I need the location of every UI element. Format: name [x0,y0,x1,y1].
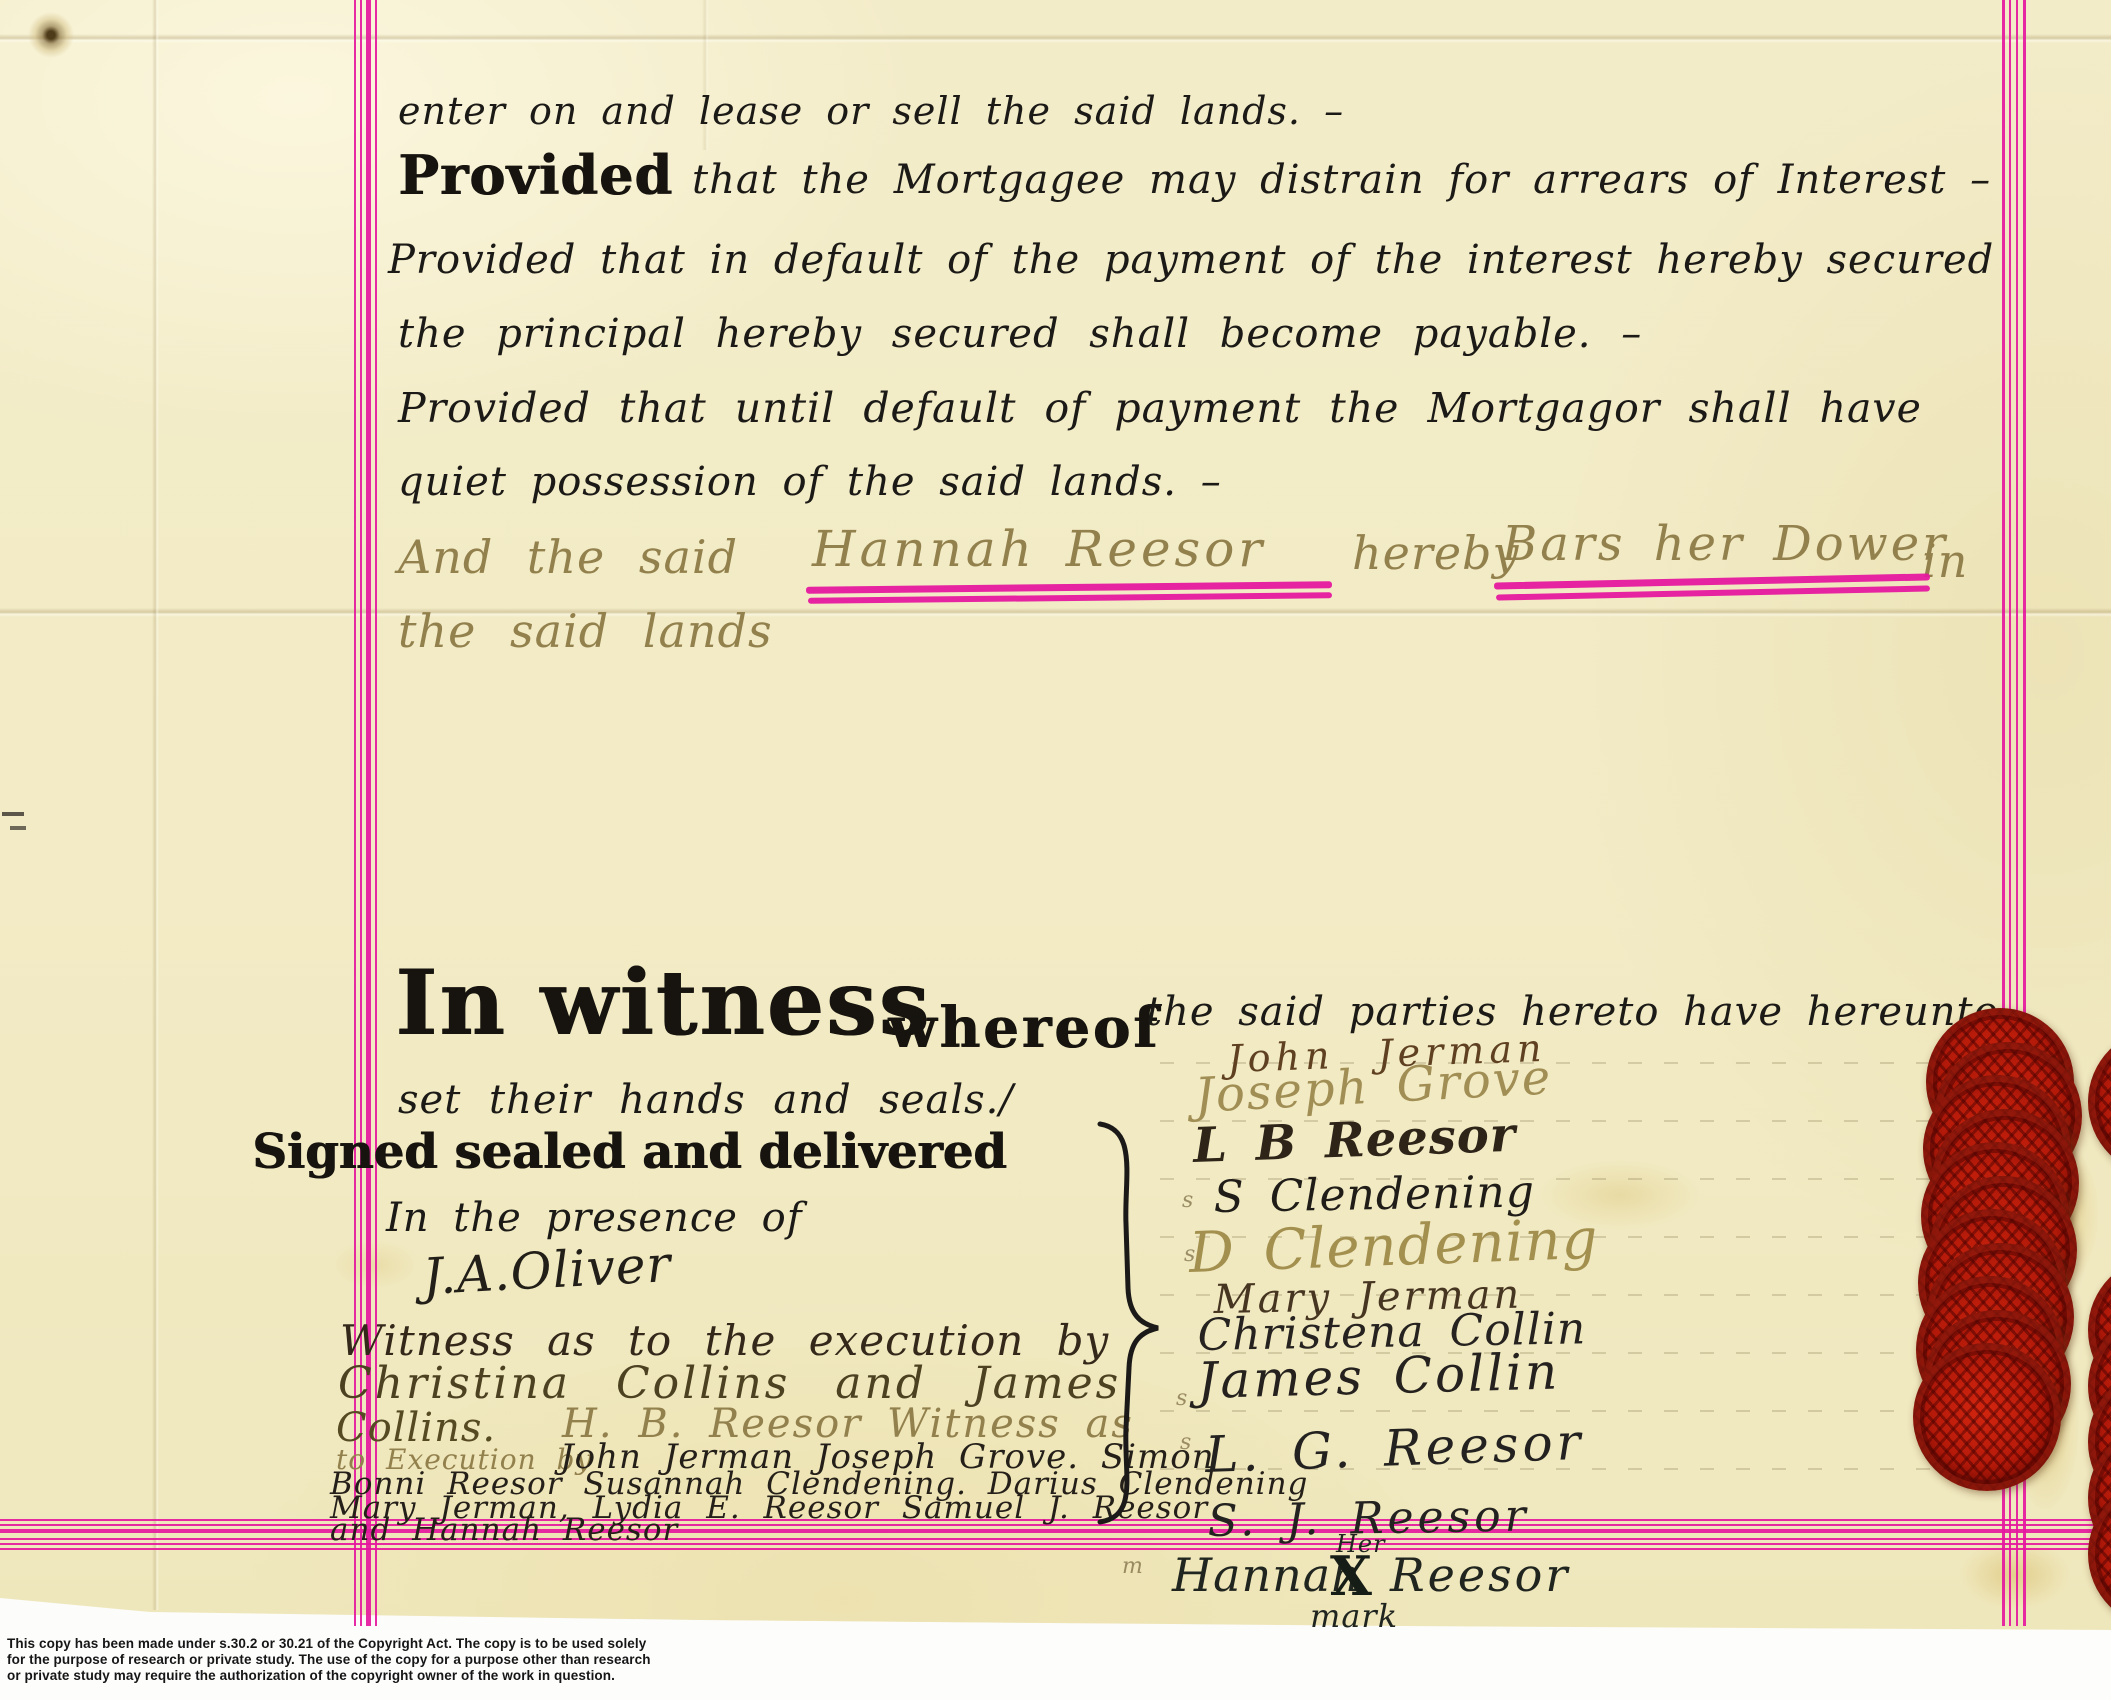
signature: James Collin [1197,1347,1561,1406]
dower-name: Hannah Reesor [812,524,1266,574]
stain [1960,1540,2070,1610]
witness-note-line: Collins. [336,1408,496,1448]
seal-note-mark: s [1176,1388,1187,1410]
witness-clause-continuation: the said parties hereto have hereunto [1146,992,1999,1032]
copyright-line: This copy has been made under s.30.2 or … [7,1636,646,1651]
bottom-rule [0,1529,2111,1533]
dower-prefix: And the said [398,534,738,580]
hannah-last: Reesor [1390,1552,1570,1598]
witness-note-line: Witness as to the execution by [340,1320,1109,1362]
seal-note-mark: s [1182,1190,1193,1212]
signature: L B Reesor [1192,1111,1517,1170]
dower-line2: the said lands [398,608,773,654]
fold-crease [0,34,2111,43]
bottom-rule [0,1543,2111,1545]
copyright-strip: This copy has been made under s.30.2 or … [0,1630,2111,1700]
bottom-rule [0,1548,2111,1550]
bottom-rule [0,1538,2111,1540]
wax-seal [1913,1343,2061,1491]
seal-note-mark: s [1180,1432,1191,1454]
stray-mark: m [1122,1556,1143,1578]
guide-line [1160,1410,1950,1412]
copyright-line: or private study may require the authori… [7,1668,615,1683]
wax-seal-column [1908,1008,2088,1528]
edge-mark [2,812,24,816]
body-line: Provided that in default of the payment … [388,240,1994,280]
body-line: quiet possession of the said lands. – [398,462,1222,502]
pinhole-blemish [28,12,74,58]
mark-annotation: mark [1310,1600,1398,1632]
witness-note-line: Christina Collins and James [338,1362,1121,1406]
witness-clause-line2: set their hands and seals./ [398,1080,1014,1120]
edge-mark [10,826,26,830]
attestation-brace [1078,1116,1174,1532]
dower-bars: Bars her Dower [1502,520,1948,568]
witness-note-line: and Hannah Reesor [330,1515,678,1546]
in-witness-blackletter: In witness [395,958,931,1048]
whereof-blackletter: whereof [888,1000,1160,1056]
scanned-deed-page: enter on and lease or sell the said land… [0,0,2111,1700]
signature: L. G. Reesor [1204,1417,1585,1480]
fold-crease [0,608,2111,617]
fold-crease [152,0,159,1610]
signature: D Clendening [1188,1212,1599,1282]
body-line: Provided that until default of payment t… [398,388,1922,429]
oliver-signature: J.A.Oliver [421,1239,672,1302]
signed-sealed-heading: Signed sealed and delivered [252,1128,1007,1176]
dower-mid: hereby [1352,530,1520,576]
copyright-line: for the purpose of research or private s… [7,1652,651,1667]
body-line: the principal hereby secured shall becom… [398,314,1642,354]
body-line: enter on and lease or sell the said land… [398,92,1344,130]
body-line: that the Mortgagee may distrain for arre… [692,160,1991,200]
provided-blackletter: Provided [398,148,673,202]
presence-line: In the presence of [386,1198,803,1238]
